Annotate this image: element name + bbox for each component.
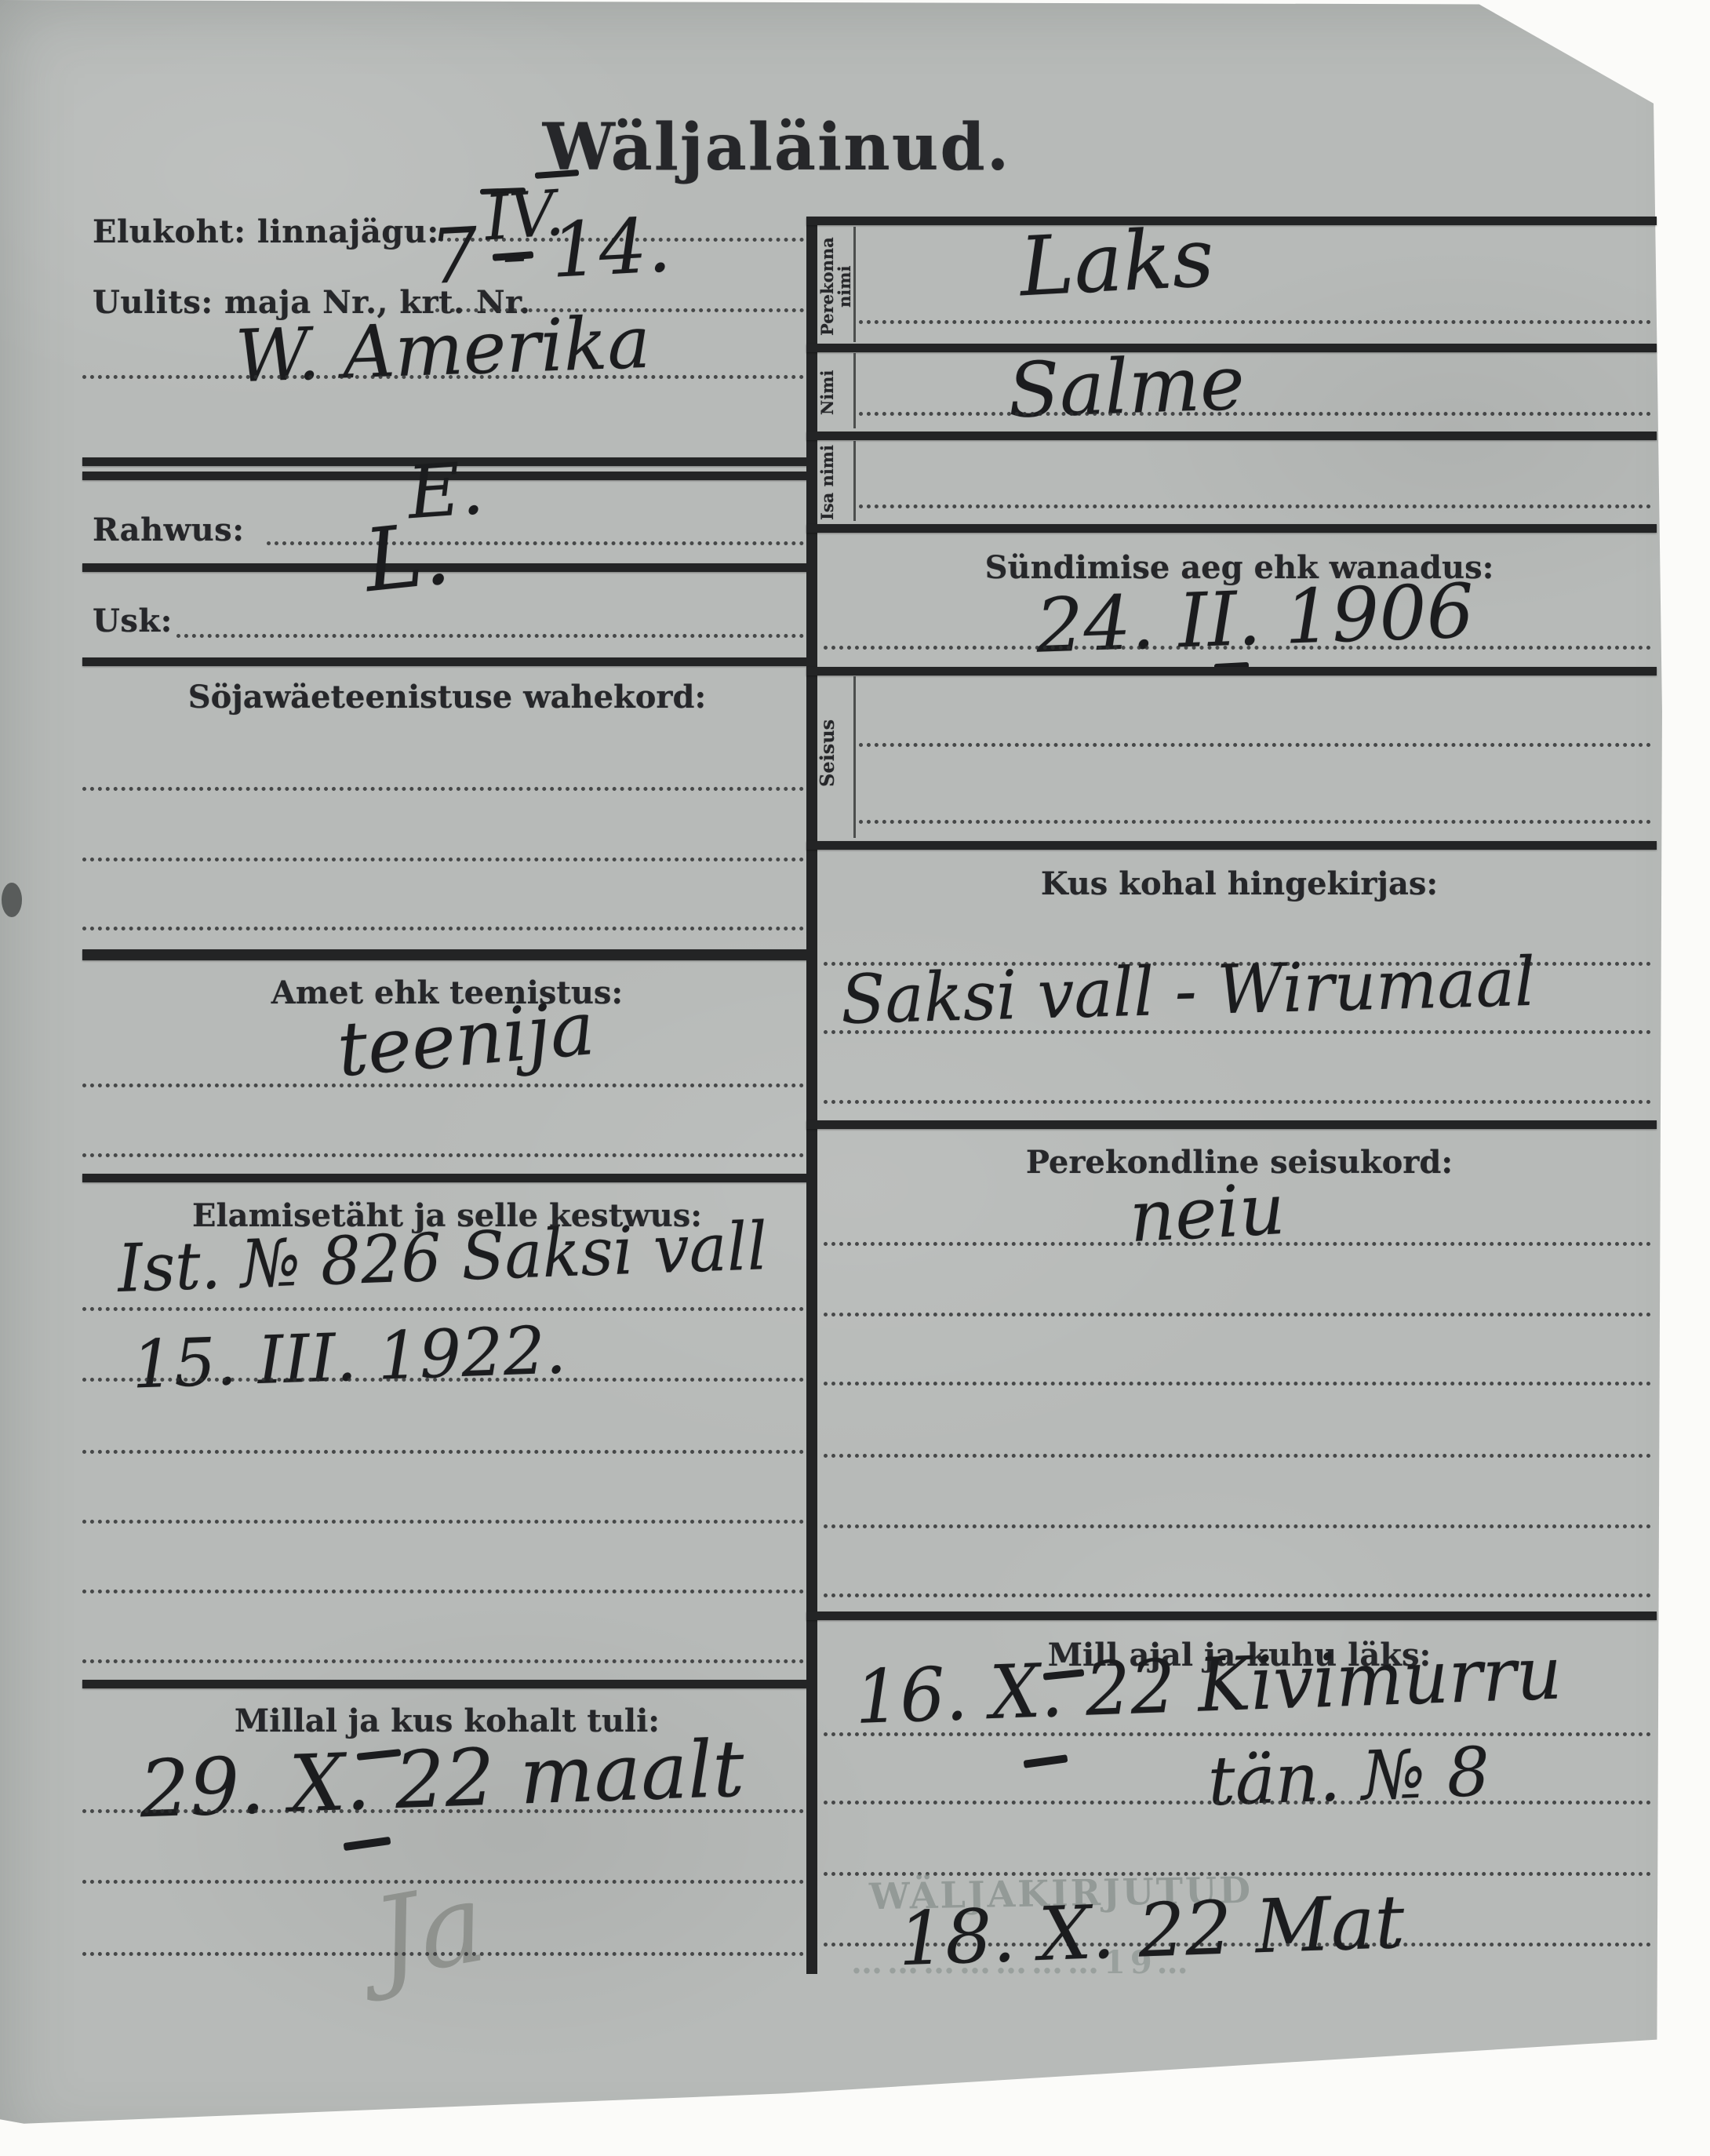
arrival-value: 29. X. 22 maalt [138, 1730, 745, 1830]
occupation-value: teenija [334, 992, 597, 1088]
rule [806, 1612, 1657, 1620]
dotted-line [824, 1030, 1651, 1034]
dotted-line [824, 1801, 1651, 1805]
dotted-line [176, 634, 812, 638]
dotted-line [824, 1242, 1651, 1246]
surname-value: Laks [1017, 217, 1216, 308]
column-divider [806, 217, 817, 1974]
father-name-label: Isa nimi [819, 443, 855, 522]
dotted-line [824, 1593, 1651, 1597]
dotted-line [82, 858, 812, 861]
dotted-line [82, 787, 812, 791]
dotted-line [824, 1454, 1651, 1458]
dotted-line [859, 743, 1651, 747]
street-number-value: 7 - 14. [428, 207, 673, 295]
dotted-line [859, 504, 1651, 508]
rule [806, 1120, 1657, 1129]
nationality-label: Rahwus: [93, 512, 244, 548]
dotted-line [824, 1100, 1651, 1104]
dotted-line [82, 1659, 812, 1663]
rule [806, 841, 1657, 850]
religion-value: L. [361, 510, 454, 605]
rule [82, 1174, 813, 1182]
dotted-line [82, 1450, 812, 1454]
dotted-line [82, 1153, 812, 1157]
dotted-line [859, 820, 1651, 824]
dotted-line [824, 646, 1651, 650]
dotted-line [859, 412, 1651, 416]
scanned-document: Wäljaläinud. Elukoht: linnajägu: IV. Uul… [0, 0, 1710, 2156]
military-service-heading: Söjawäeteenistuse wahekord: [82, 679, 812, 716]
status-label: Seisus [819, 690, 855, 816]
dotted-line [82, 1809, 812, 1813]
dotted-line [82, 375, 812, 379]
dotted-line [824, 1313, 1651, 1317]
dotted-line [82, 927, 812, 931]
rule [806, 432, 1657, 440]
dotted-line [859, 320, 1651, 324]
label-separator [853, 676, 856, 838]
first-name-value: Salme [1006, 345, 1246, 428]
label-separator [853, 353, 856, 428]
dotted-line [82, 1590, 812, 1593]
parish-register-heading: Kus kohal hingekirjas: [824, 865, 1655, 902]
dotted-line [82, 1083, 812, 1087]
label-separator [853, 441, 856, 521]
dotted-line [82, 1378, 812, 1382]
rule [82, 1680, 813, 1688]
label-separator [853, 227, 856, 342]
dotted-line [82, 1307, 812, 1311]
rule [806, 524, 1657, 533]
street-name-value: W. Amerika [235, 307, 652, 393]
dotted-line [267, 541, 812, 545]
rule [82, 657, 813, 666]
dotted-line [824, 1732, 1651, 1736]
ink-blot [2, 883, 22, 917]
rule [82, 949, 813, 960]
rule [806, 217, 1657, 225]
dotted-line [82, 1520, 812, 1524]
form-title: Wäljaläinud. [424, 110, 1130, 185]
parish-register-value: Saksi vall - Wirumaal [840, 949, 1536, 1034]
dotted-line [824, 1382, 1651, 1386]
residence-district-label: Elukoht: linnajägu: [93, 213, 439, 250]
residence-permit-value-2: 15. III. 1922. [131, 1317, 567, 1397]
religion-label: Usk: [93, 603, 173, 639]
pencil-note: Ja [366, 1868, 493, 1995]
first-name-label: Nimi [819, 355, 855, 430]
rule [806, 667, 1657, 676]
dotted-line [824, 1524, 1651, 1528]
dotted-line [82, 1952, 812, 1956]
surname-label: Perekonna nimi [819, 229, 855, 344]
departure-note: 18. X. 22 Mat [897, 1886, 1406, 1977]
